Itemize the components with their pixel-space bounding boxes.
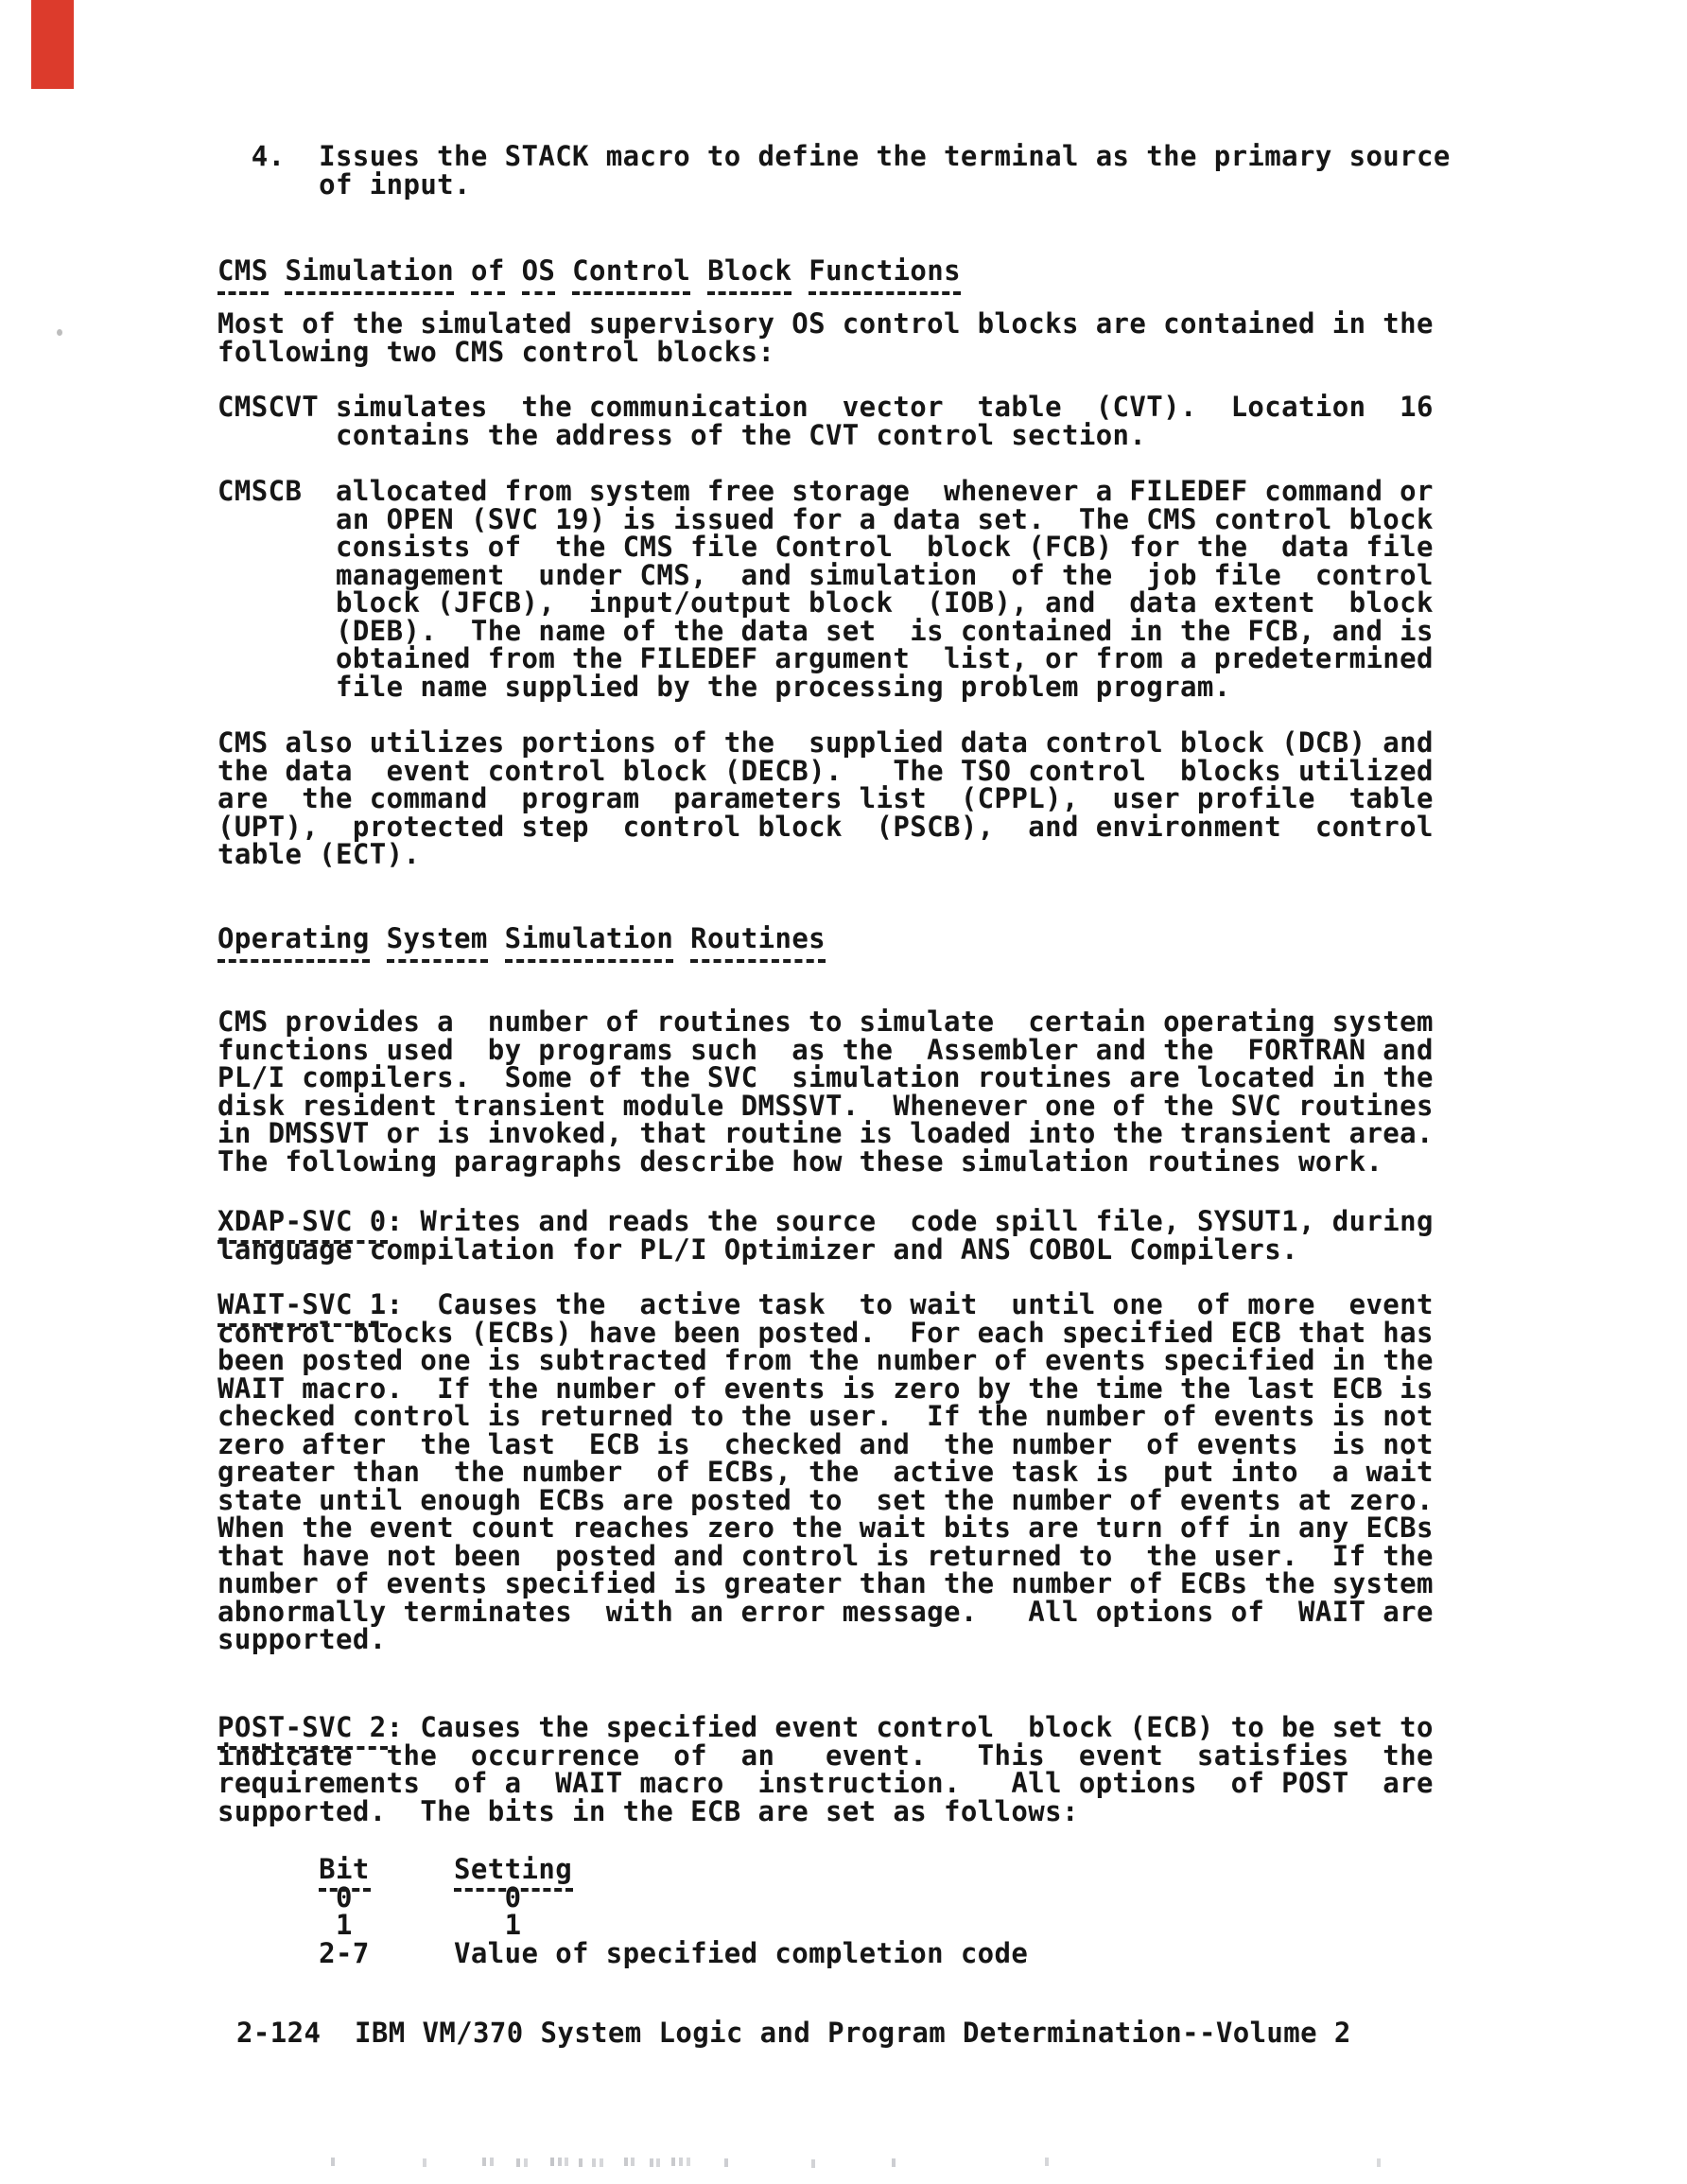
wait-label-underline xyxy=(217,1323,388,1327)
bit-setting-table-text: Bit Setting 0 0 1 1 2-7 Value of specifi… xyxy=(217,1856,1028,1967)
paragraph-post-svc2: POST-SVC 2: Causes the specified event c… xyxy=(217,1714,1434,1826)
paragraph-cmscvt: CMSCVT simulates the communication vecto… xyxy=(217,393,1434,449)
heading-word: of xyxy=(471,254,505,295)
red-scan-mark xyxy=(31,0,74,89)
heading-word: Functions xyxy=(809,254,961,295)
heading-word: CMS xyxy=(217,254,269,295)
paragraph-wait-svc1-text: WAIT-SVC 1: Causes the active task to wa… xyxy=(217,1291,1434,1654)
paragraph-cmscb: CMSCB allocated from system free storage… xyxy=(217,478,1434,701)
xdap-label-underline xyxy=(217,1240,388,1244)
page-footer: 2-124 IBM VM/370 System Logic and Progra… xyxy=(236,2019,1351,2048)
heading-word: Control xyxy=(572,254,690,295)
paragraph-post-svc2-text: POST-SVC 2: Causes the specified event c… xyxy=(217,1714,1434,1826)
bit-setting-table: Bit Setting 0 0 1 1 2-7 Value of specifi… xyxy=(217,1856,1028,1967)
heading-word: System xyxy=(387,922,488,963)
scan-artifact-marks xyxy=(331,2158,335,2166)
heading-word: Block xyxy=(707,254,791,295)
paragraph-wait-svc1: WAIT-SVC 1: Causes the active task to wa… xyxy=(217,1291,1434,1654)
heading-word: Operating xyxy=(217,922,370,963)
heading-word: Simulation xyxy=(505,922,674,963)
section-heading-cms-simulation: CMS Simulation of OS Control Block Funct… xyxy=(217,257,961,286)
paragraph-cms-also: CMS also utilizes portions of the suppli… xyxy=(217,729,1434,869)
post-label-underline xyxy=(217,1746,388,1750)
section-heading-os-simulation: Operating System Simulation Routines xyxy=(217,925,826,953)
paragraph-most: Most of the simulated supervisory OS con… xyxy=(217,310,1434,366)
margin-speck xyxy=(57,329,62,336)
paragraph-xdap-svc0: XDAP-SVC 0: Writes and reads the source … xyxy=(217,1208,1434,1264)
list-item-4: 4. Issues the STACK macro to define the … xyxy=(217,143,1451,199)
paragraph-xdap-svc0-text: XDAP-SVC 0: Writes and reads the source … xyxy=(217,1208,1434,1264)
heading-word: Simulation xyxy=(285,254,454,295)
bit-header-underline xyxy=(319,1888,371,1892)
paragraph-cms-provides: CMS provides a number of routines to sim… xyxy=(217,1008,1434,1176)
scanned-manual-page: 4. Issues the STACK macro to define the … xyxy=(0,0,1687,2184)
setting-header-underline xyxy=(454,1888,573,1892)
heading-word: OS xyxy=(522,254,556,295)
heading-word: Routines xyxy=(690,922,826,963)
